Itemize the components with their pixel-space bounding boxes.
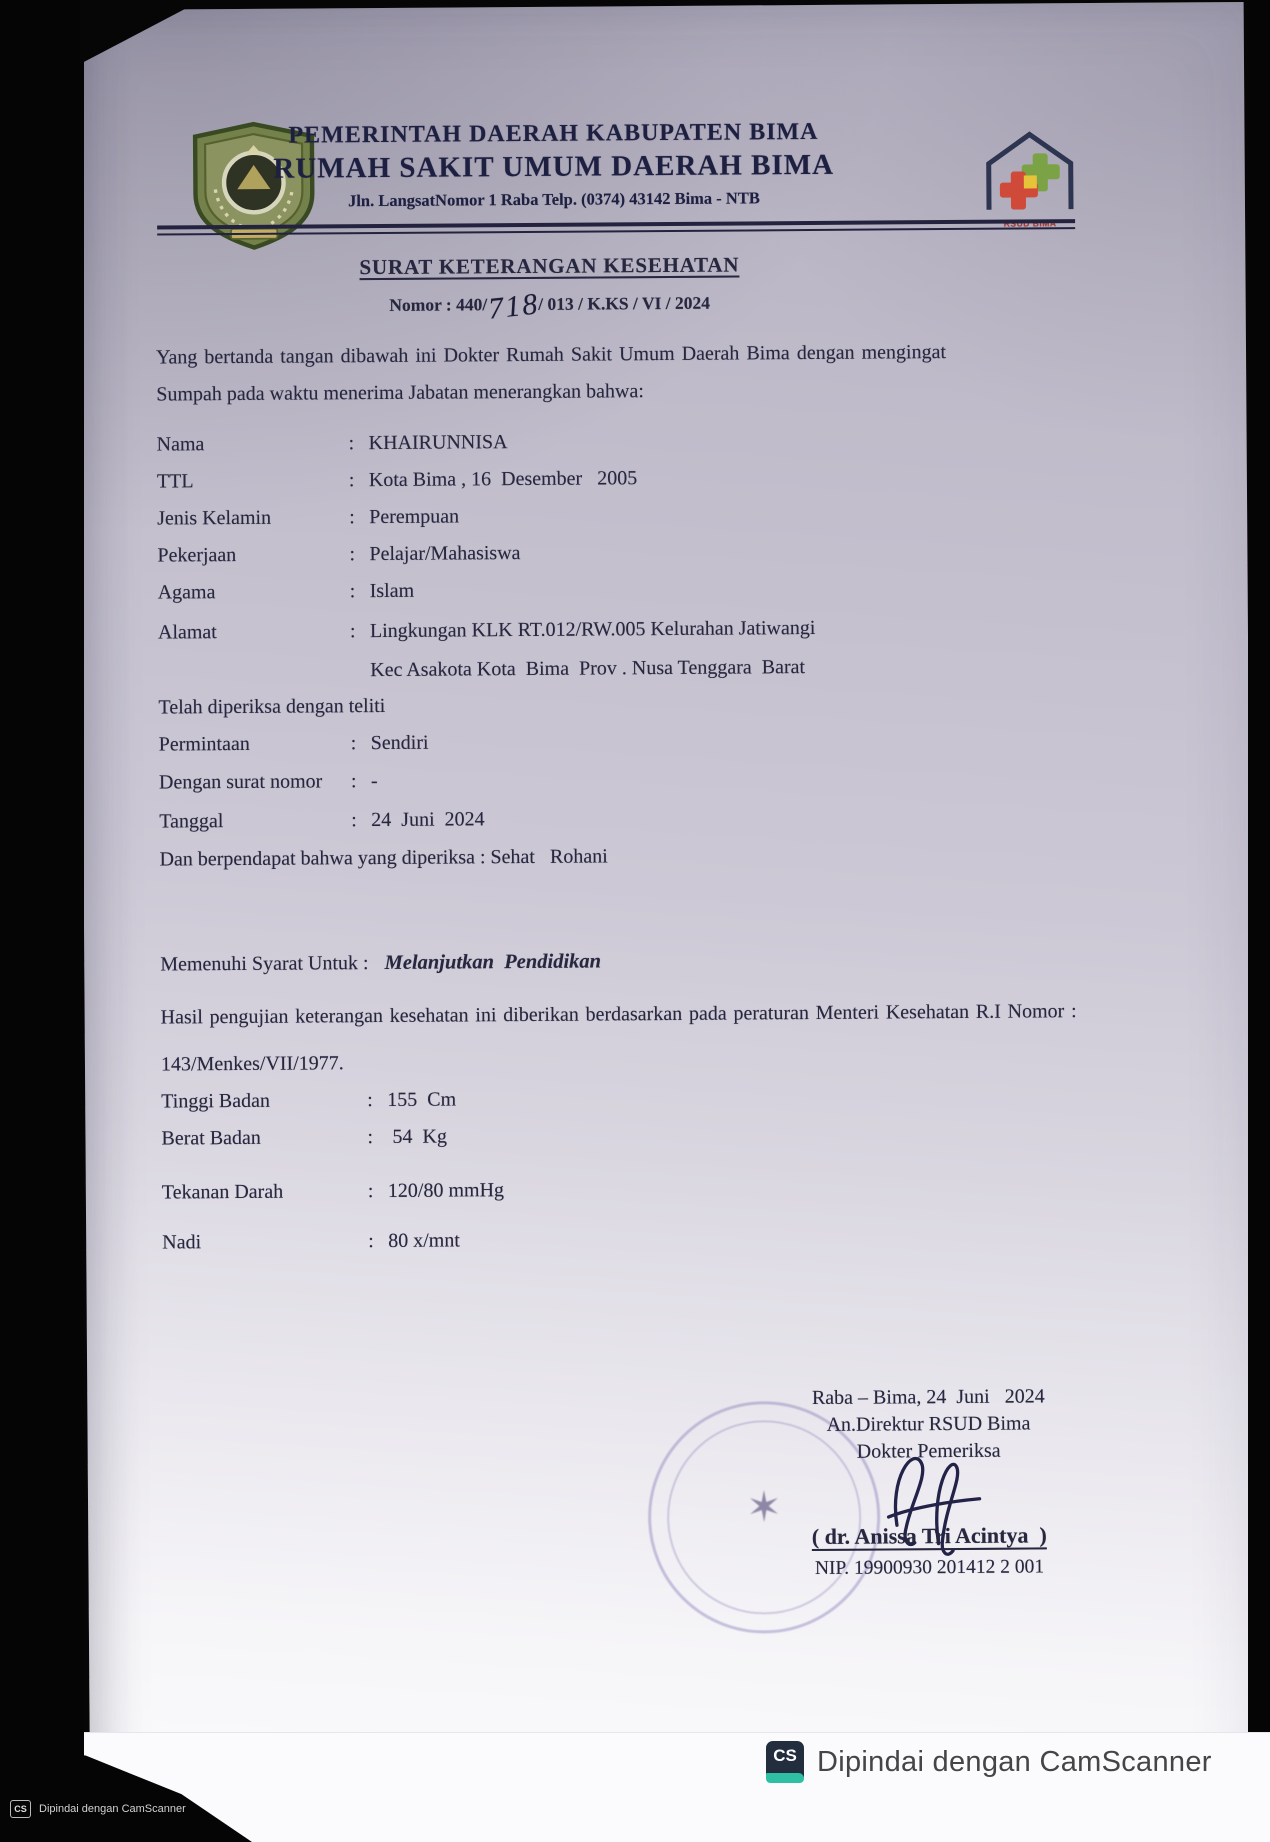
letter-number-handwritten: 718: [486, 287, 540, 326]
field-value: Kota Bima , 16 Desember 2005: [369, 464, 1077, 492]
field-value-alamat-line2: Kec Asakota Kota Bima Prov . Nusa Tengga…: [370, 656, 805, 682]
vital-value: 155 Cm: [387, 1086, 861, 1112]
field-row-pekerjaan: Pekerjaan : Pelajar/Mahasiswa: [157, 538, 1077, 567]
field-colon: :: [368, 1230, 388, 1253]
field-value: 24 Juni 2024: [371, 804, 1079, 832]
vital-label: Tekanan Darah: [162, 1180, 368, 1204]
camscanner-corner-watermark: CS Dipindai dengan CamScanner: [10, 1800, 186, 1818]
scan-edge-left: [0, 0, 84, 1842]
field-label: TTL: [157, 469, 349, 493]
vital-row-berat-badan: Berat Badan : 54 Kg: [161, 1123, 861, 1151]
checked-note: Telah diperiksa dengan teliti: [158, 695, 385, 720]
field-colon: :: [367, 1126, 387, 1149]
field-row-agama: Agama : Islam: [158, 575, 1078, 604]
field-label: Alamat: [158, 620, 350, 644]
field-row-surat-nomor: Dengan surat nomor : -: [159, 765, 1079, 794]
field-row-nama: Nama : KHAIRUNNISA: [157, 427, 1077, 456]
vital-label: Tinggi Badan: [161, 1089, 367, 1113]
field-label: Nama: [157, 432, 349, 456]
qualification-value: Melanjutkan Pendidikan: [385, 950, 602, 974]
vital-label: Nadi: [162, 1230, 368, 1254]
letterhead-hospital-line: RUMAH SAKIT UMUM DAERAH BIMA: [234, 149, 874, 186]
field-colon: :: [349, 506, 369, 529]
field-colon: :: [349, 543, 369, 566]
field-colon: :: [349, 469, 369, 492]
letter-number-suffix: / 013 / K.KS / VI / 2024: [538, 293, 710, 314]
camscanner-cs-icon: CS: [766, 1741, 804, 1783]
field-colon: :: [349, 432, 369, 455]
scanned-document-page: PEMERINTAH DAERAH KABUPATEN BIMA RUMAH S…: [0, 0, 1270, 1842]
letterhead: PEMERINTAH DAERAH KABUPATEN BIMA RUMAH S…: [233, 119, 874, 212]
field-colon: :: [351, 770, 371, 793]
vital-label: Berat Badan: [161, 1126, 367, 1150]
camscanner-badge: CS Dipindai dengan CamScanner: [766, 1741, 1212, 1783]
field-colon: :: [351, 732, 371, 755]
signature-place-date: Raba – Bima, 24 Juni 2024: [723, 1383, 1133, 1413]
camscanner-cs-small-icon: CS: [10, 1800, 31, 1818]
rsud-bima-logo: RSUD BIMA: [983, 129, 1076, 234]
field-colon: :: [368, 1180, 388, 1203]
vital-value: 80 x/mnt: [388, 1227, 862, 1253]
field-label: Agama: [158, 580, 350, 604]
signature-block: Raba – Bima, 24 Juni 2024 An.Direktur RS…: [723, 1383, 1134, 1467]
field-colon: :: [367, 1089, 387, 1112]
camscanner-corner-text: Dipindai dengan CamScanner: [39, 1803, 186, 1815]
field-colon: :: [350, 620, 370, 643]
letterhead-address-line: Jln. LangsatNomor 1 Raba Telp. (0374) 43…: [234, 188, 874, 212]
field-label: Pekerjaan: [157, 543, 349, 567]
field-value: KHAIRUNNISA: [369, 427, 1077, 455]
intro-paragraph: Yang bertanda tangan dibawah ini Dokter …: [156, 334, 946, 414]
basis-paragraph: Hasil pengujian keterangan kesehatan ini…: [160, 988, 1077, 1088]
signature-nip: NIP. 19900930 201412 2 001: [724, 1556, 1134, 1581]
qualification-line: Memenuhi Syarat Untuk :Melanjutkan Pendi…: [160, 950, 601, 976]
field-value: Islam: [370, 575, 1078, 603]
vital-value: 54 Kg: [387, 1123, 861, 1149]
field-row-tanggal: Tanggal : 24 Juni 2024: [159, 804, 1079, 833]
paper: PEMERINTAH DAERAH KABUPATEN BIMA RUMAH S…: [78, 2, 1257, 1842]
field-value: Sendiri: [371, 727, 1079, 755]
camscanner-footer: CS Dipindai dengan CamScanner: [84, 1732, 1270, 1842]
field-label: Dengan surat nomor: [159, 770, 351, 794]
vital-row-tekanan-darah: Tekanan Darah : 120/80 mmHg: [162, 1177, 862, 1205]
vital-row-tinggi-badan: Tinggi Badan : 155 Cm: [161, 1086, 861, 1114]
letter-number-prefix: Nomor : 440/: [389, 294, 487, 315]
vital-row-nadi: Nadi : 80 x/mnt: [162, 1227, 862, 1255]
field-value: Perempuan: [369, 501, 1077, 529]
signature-on-behalf: An.Direktur RSUD Bima: [723, 1410, 1133, 1440]
field-colon: :: [350, 580, 370, 603]
field-label: Permintaan: [159, 732, 351, 756]
field-label: Jenis Kelamin: [157, 506, 349, 530]
camscanner-badge-text: Dipindai dengan CamScanner: [817, 1746, 1212, 1779]
field-value: -: [371, 765, 1079, 793]
field-value: Pelajar/Mahasiswa: [369, 538, 1077, 566]
hospital-house-cross-icon: [984, 129, 1075, 216]
field-row-jenis-kelamin: Jenis Kelamin : Perempuan: [157, 501, 1077, 530]
qualification-label: Memenuhi Syarat Untuk :: [160, 952, 368, 975]
field-row-permintaan: Permintaan : Sendiri: [159, 727, 1079, 756]
letter-number-line: Nomor : 440/718/ 013 / K.KS / VI / 2024: [260, 282, 840, 320]
signature-doctor-name: ( dr. Anissa Tri Acintya ): [724, 1522, 1134, 1551]
field-colon: :: [351, 809, 371, 832]
field-value: Lingkungan KLK RT.012/RW.005 Kelurahan J…: [370, 615, 1078, 643]
vital-value: 120/80 mmHg: [388, 1177, 862, 1203]
field-label: Tanggal: [159, 809, 351, 833]
scan-edge-right: [1248, 0, 1270, 1734]
field-row-ttl: TTL : Kota Bima , 16 Desember 2005: [157, 464, 1077, 493]
camscanner-cs-letters: CS: [773, 1746, 797, 1783]
letterhead-government-line: PEMERINTAH DAERAH KABUPATEN BIMA: [233, 119, 873, 150]
opinion-line: Dan berpendapat bahwa yang diperiksa : S…: [159, 845, 607, 871]
field-row-alamat: Alamat : Lingkungan KLK RT.012/RW.005 Ke…: [158, 615, 1078, 644]
letter-title: SURAT KETERANGAN KESEHATAN: [259, 252, 839, 281]
